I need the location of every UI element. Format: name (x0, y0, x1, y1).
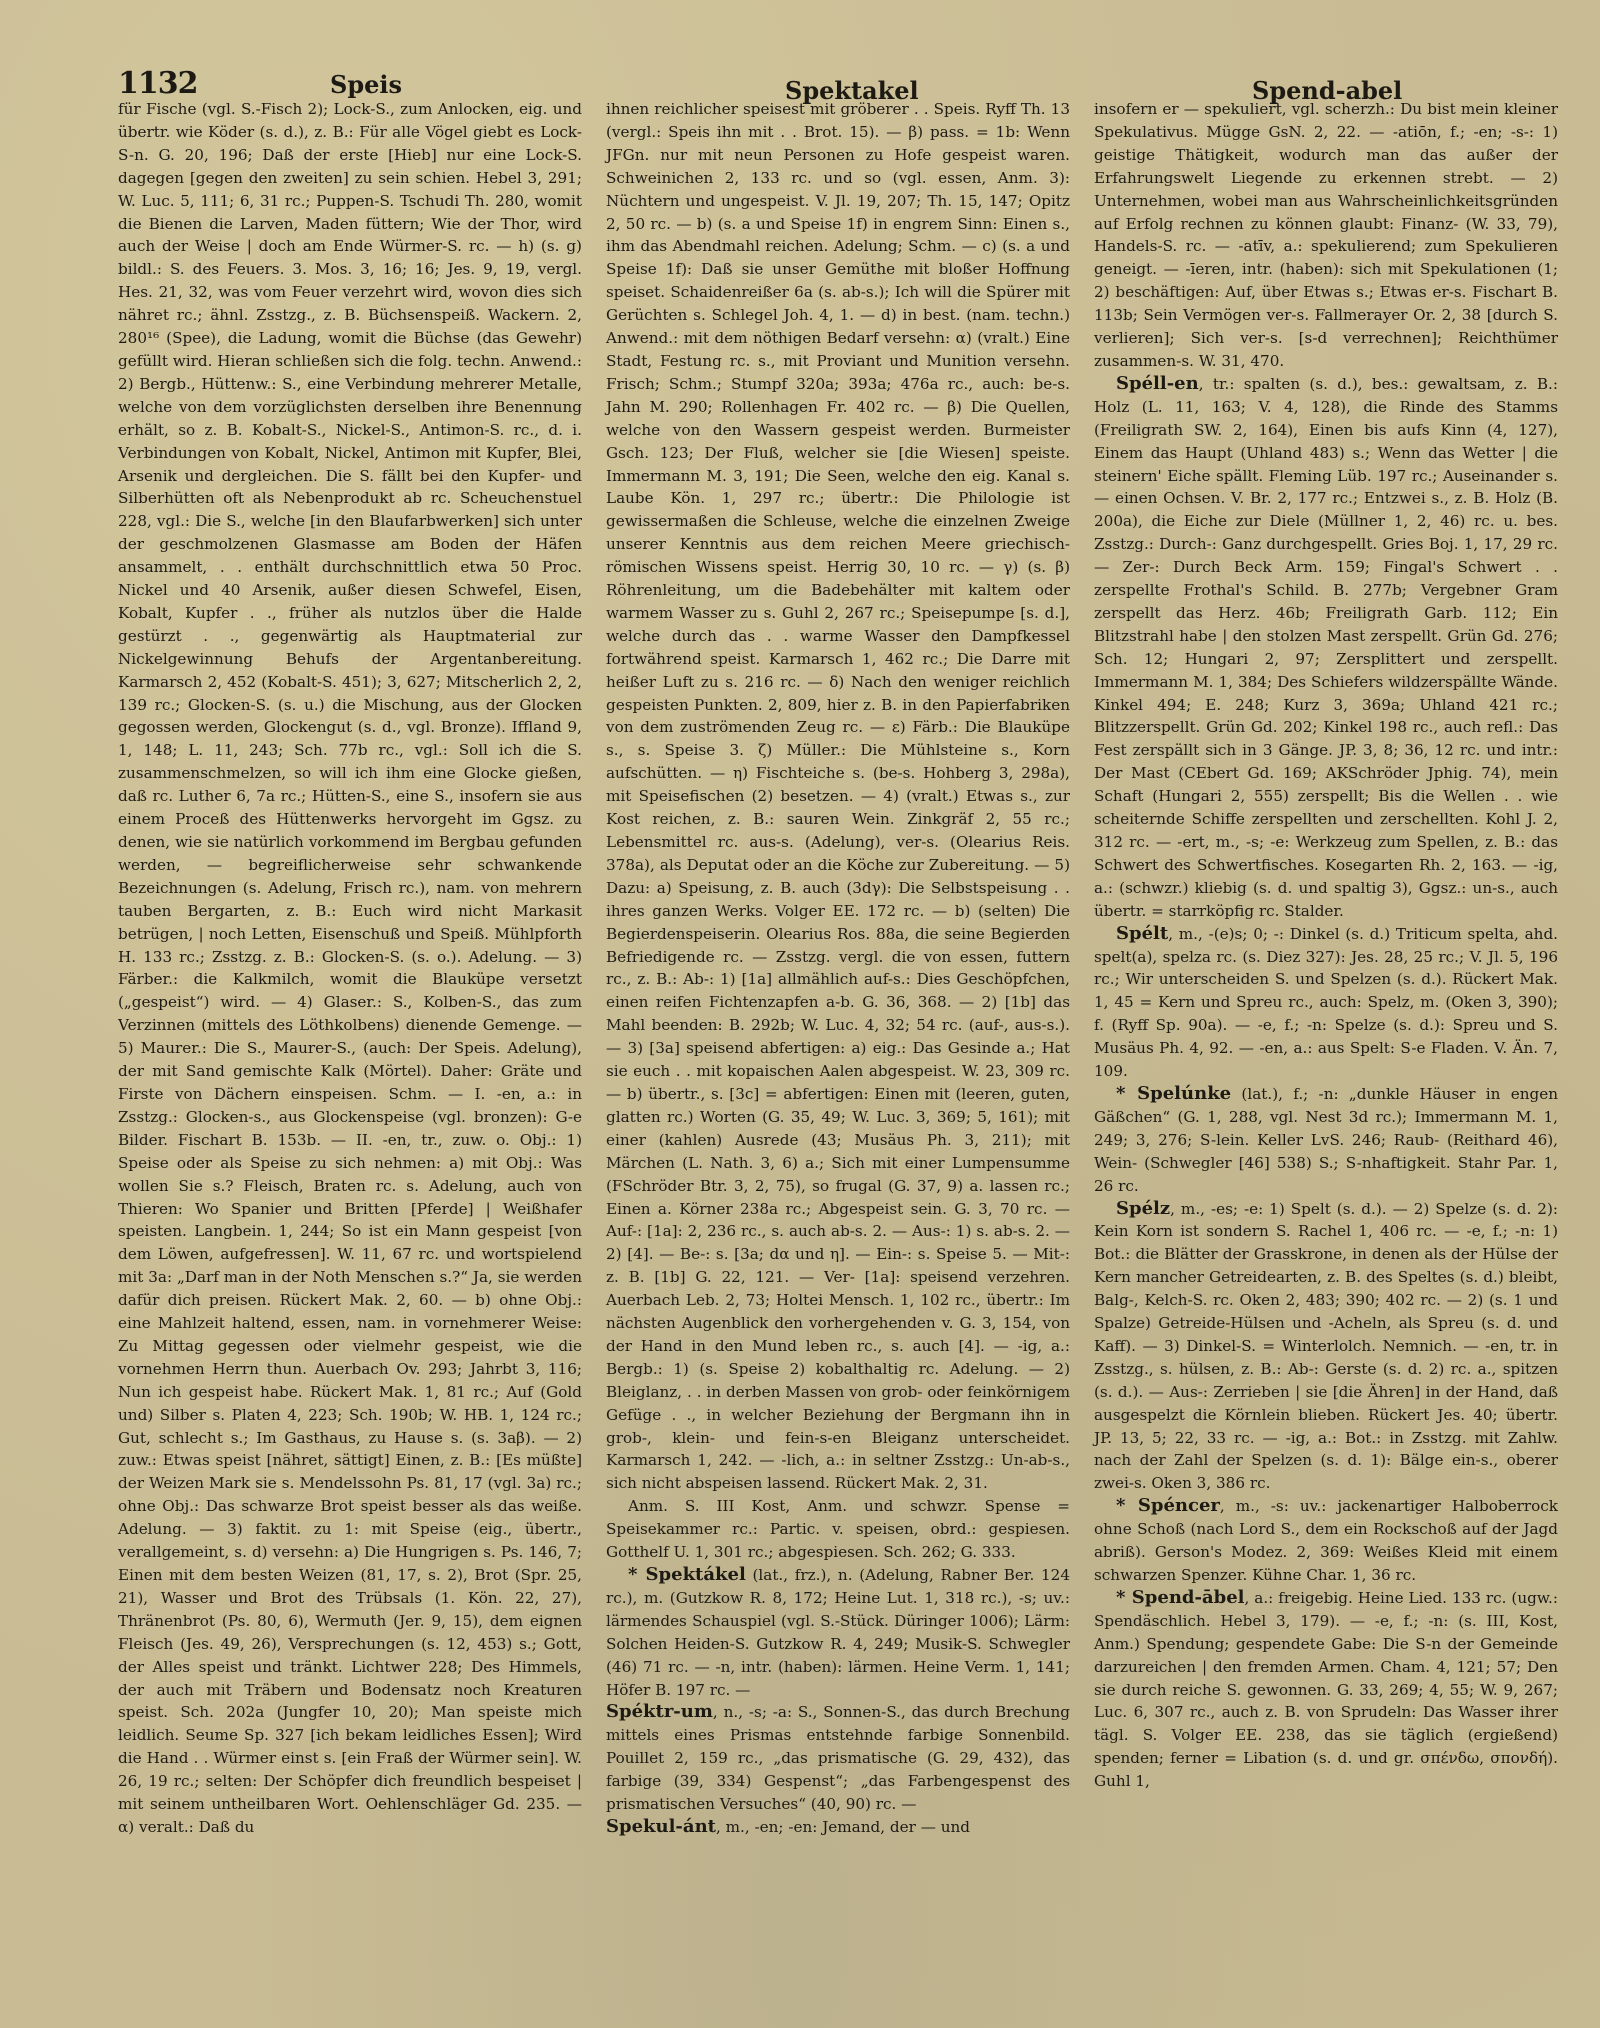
dictionary-columns: für Fische (vgl. S.-Fisch 2); Lock-S., z… (118, 98, 1558, 1978)
entry-body: , tr.: spalten (s. d.), bes.: gewaltsam,… (1094, 375, 1558, 920)
entry-body: , a.: freigebig. Heine Lied. 133 rc. (ug… (1094, 1589, 1558, 1790)
headword: * Spend-ābel (1116, 1587, 1245, 1608)
column-right: insofern er — spekuliert, vgl. scherzh.:… (1094, 98, 1558, 1793)
entry-spelt: Spélt, m., -(e)s; 0; -: Dinkel (s. d.) T… (1094, 923, 1558, 1083)
entry-body: , m., -es; -e: 1) Spelt (s. d.). — 2) Sp… (1094, 1200, 1558, 1493)
entry-spektakel: * Spektákel (lat., frz.), n. (Adelung, R… (606, 1564, 1070, 1701)
entry-body: (lat., frz.), n. (Adelung, Rabner Ber. 1… (606, 1566, 1070, 1699)
page-number: 1132 (118, 66, 198, 101)
entry-text: für Fische (vgl. S.-Fisch 2); Lock-S., z… (118, 98, 582, 1839)
entry-body: , m., -(e)s; 0; -: Dinkel (s. d.) Tritic… (1094, 925, 1558, 1080)
column-middle: ihnen reichlicher speisest mit gröberer … (606, 98, 1070, 1839)
entry-spendabel: * Spend-ābel, a.: freigebig. Heine Lied.… (1094, 1587, 1558, 1793)
headword: Spéktr-um (606, 1701, 713, 1722)
headword: Spekul-ánt (606, 1816, 716, 1837)
headword: * Spektákel (628, 1564, 746, 1585)
entry-text: ihnen reichlicher speisest mit gröberer … (606, 98, 1070, 1495)
entry-text: insofern er — spekuliert, vgl. scherzh.:… (1094, 98, 1558, 373)
entry-spellen: Spéll-en, tr.: spalten (s. d.), bes.: ge… (1094, 373, 1558, 923)
headword: * Spelúnke (1116, 1083, 1231, 1104)
running-head-left: Speis (330, 70, 402, 99)
annotation-paragraph: Anm. S. III Kost, Anm. und schwzr. Spens… (606, 1495, 1070, 1564)
headword: * Spéncer (1116, 1495, 1220, 1516)
headword: Spélz (1116, 1198, 1170, 1219)
entry-spekulant: Spekul-ánt, m., -en; -en: Jemand, der — … (606, 1816, 1070, 1839)
entry-spelz: Spélz, m., -es; -e: 1) Spelt (s. d.). — … (1094, 1198, 1558, 1496)
headword: Spélt (1116, 923, 1168, 944)
entry-spelunke: * Spelúnke (lat.), f.; -n: „dunkle Häuse… (1094, 1083, 1558, 1198)
headword: Spéll-en (1116, 373, 1199, 394)
entry-spektrum: Spéktr-um, n., -s; -a: S., Sonnen-S., da… (606, 1701, 1070, 1816)
entry-spencer: * Spéncer, m., -s: uv.: jackenartiger Ha… (1094, 1495, 1558, 1587)
entry-body: , m., -en; -en: Jemand, der — und (716, 1818, 970, 1836)
column-left: für Fische (vgl. S.-Fisch 2); Lock-S., z… (118, 98, 582, 1839)
